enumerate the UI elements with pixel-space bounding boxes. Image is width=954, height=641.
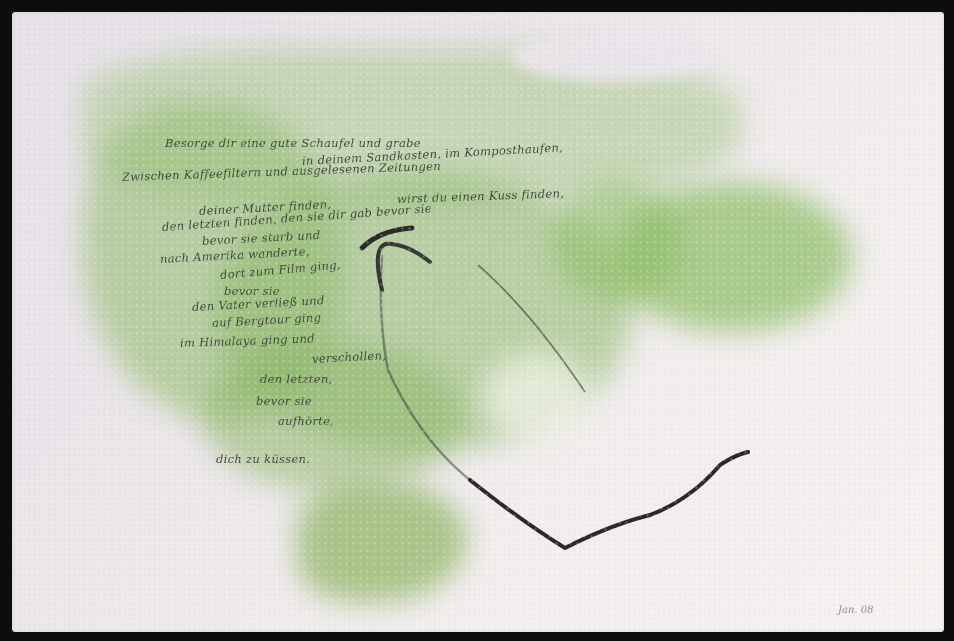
ink-descending-line [381, 255, 470, 480]
poem-line-17: aufhörte, [278, 414, 334, 428]
poem-line-16: bevor sie [256, 394, 312, 408]
artist-signature: Jan. 08 [838, 605, 874, 616]
ink-strokes [12, 12, 944, 632]
poem-line-1: Besorge dir eine gute Schaufel und grabe [165, 136, 421, 150]
watercolor-paper: Besorge dir eine gute Schaufel und grabe… [12, 12, 944, 632]
poem-line-15: den letzten, [260, 372, 332, 386]
ink-wave-bottom [470, 452, 748, 548]
ink-diagonal-line [478, 265, 585, 392]
ink-hook [378, 244, 430, 290]
poem-line-18: dich zu küssen. [216, 452, 310, 466]
